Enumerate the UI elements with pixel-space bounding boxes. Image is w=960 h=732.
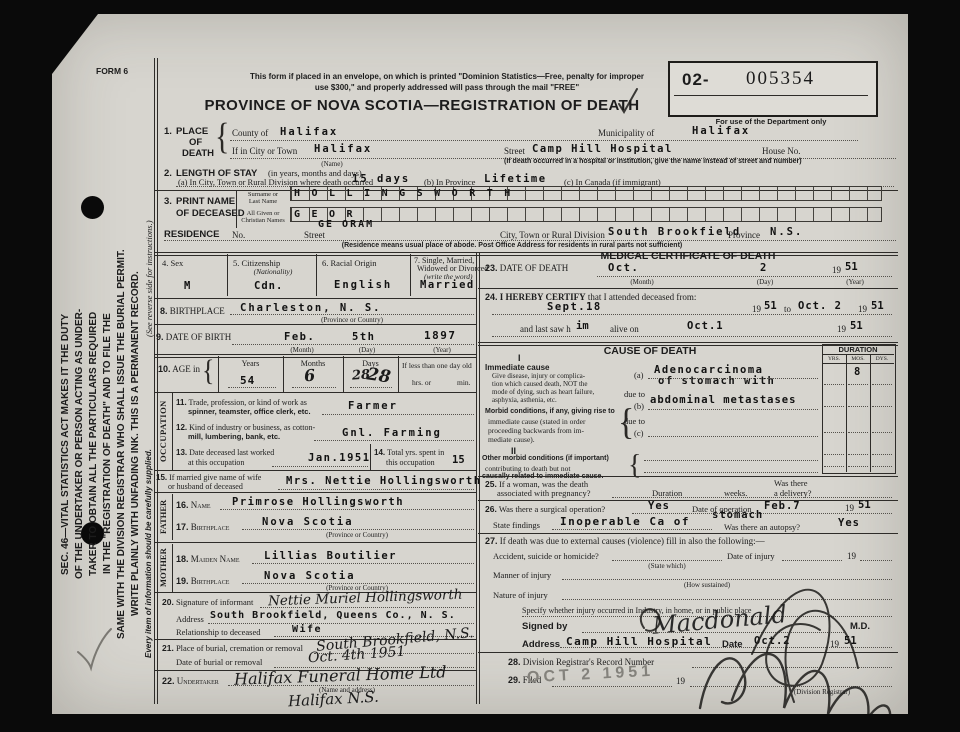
fill-line bbox=[597, 276, 892, 277]
division-registrar-signature bbox=[700, 654, 890, 714]
label-text: DATE OF DEATH bbox=[500, 263, 569, 273]
city-label: If in City or Town bbox=[232, 146, 297, 156]
label-text: Sex bbox=[171, 258, 184, 268]
years-value: 54 bbox=[240, 374, 255, 387]
md-label: M.D. bbox=[850, 621, 870, 632]
rule-line bbox=[227, 254, 228, 296]
total-years-label: this occupation bbox=[386, 458, 435, 467]
undertaker-label: 22. Undertaker bbox=[162, 676, 219, 686]
field-label: DEATH bbox=[182, 148, 214, 159]
fill-line bbox=[164, 240, 896, 241]
fill-line bbox=[252, 563, 474, 564]
label-text: Racial Origin bbox=[331, 258, 377, 268]
fill-line bbox=[230, 314, 474, 315]
fill-line bbox=[492, 314, 892, 315]
margin-notice-line: TAKER TO OBTAIN ALL THE PARTICULARS REQU… bbox=[88, 224, 99, 664]
margin-notice-line: SAME WITH THE DIVISION REGISTRAR WHO SHA… bbox=[116, 174, 127, 714]
label-text: Was there a surgical operation? bbox=[499, 504, 605, 514]
trade-label: 11. Trade, profession, or kind of work a… bbox=[176, 398, 307, 407]
fill-line bbox=[648, 436, 818, 437]
fill-line bbox=[692, 667, 892, 668]
trade-value: Farmer bbox=[348, 400, 398, 412]
cause-a-label: (a) bbox=[634, 370, 643, 380]
fill-line bbox=[872, 432, 892, 433]
undertaker-city-handwritten: Halifax N.S. bbox=[288, 688, 380, 711]
label-text: If death was due to external causes (vio… bbox=[500, 536, 765, 546]
fill-line bbox=[242, 529, 474, 530]
day-note: (Day) bbox=[342, 346, 392, 354]
fill-line bbox=[552, 686, 672, 687]
father-name-value: Primrose Hollingsworth bbox=[232, 496, 404, 508]
rule-line bbox=[846, 354, 847, 472]
item-number: 28. bbox=[508, 657, 521, 667]
rule-line bbox=[154, 58, 158, 704]
label-text: Birthplace bbox=[191, 522, 230, 532]
certificate-paper: SEC. 46—VITAL STATISTICS ACT MAKES IT TH… bbox=[52, 14, 908, 714]
municipality-value: Halifax bbox=[692, 125, 750, 137]
industry-value: Gnl. Farming bbox=[342, 427, 442, 439]
name-note: (Name) bbox=[302, 160, 362, 168]
trade-label: spinner, teamster, office clerk, etc. bbox=[188, 407, 311, 416]
province-value: N.S. bbox=[770, 226, 803, 238]
death-day-value: 2 bbox=[760, 262, 766, 274]
signed-year-value: 51 bbox=[844, 635, 857, 647]
fill-line bbox=[644, 472, 818, 473]
fill-line bbox=[562, 579, 892, 580]
injury-date-label: Date of injury bbox=[727, 551, 775, 561]
fill-line bbox=[562, 599, 892, 600]
fill-line bbox=[648, 378, 818, 379]
last-worked-label: at this occupation bbox=[188, 458, 244, 467]
cause-a-value2: of stomach with bbox=[658, 375, 775, 387]
industry-label: mill, lumbering, bank, etc. bbox=[188, 432, 280, 441]
street-label: Street bbox=[504, 146, 525, 156]
fill-line bbox=[782, 560, 842, 561]
fill-line bbox=[860, 560, 892, 561]
label-text: Maiden Name bbox=[191, 554, 240, 564]
item-number: 24. bbox=[485, 292, 498, 302]
year-prefix: 19 bbox=[847, 551, 856, 561]
relationship-value: Wife bbox=[292, 624, 322, 635]
mother-birthplace-value: Nova Scotia bbox=[264, 570, 356, 582]
see-reverse-note: (See reverse side for instructions.) bbox=[144, 154, 154, 404]
duration-yrs-label: YRS. bbox=[822, 356, 846, 362]
birthplace-note: (Province or Country) bbox=[272, 316, 432, 324]
label-text: Undertaker bbox=[177, 676, 219, 686]
fill-line bbox=[848, 384, 868, 385]
year-prefix: 19 bbox=[676, 676, 685, 686]
immediate-cause-note: mode of dying, such as heart failure, bbox=[492, 388, 594, 396]
item-number: 29. bbox=[508, 675, 521, 685]
county-label: County of bbox=[232, 128, 268, 138]
autopsy-label: Was there an autopsy? bbox=[724, 522, 800, 532]
fill-line bbox=[824, 432, 844, 433]
year-note: (Year) bbox=[417, 346, 467, 354]
division-registrar-note: (Division Registrar) bbox=[752, 688, 892, 696]
item-number: 27. bbox=[485, 536, 498, 546]
rule-line bbox=[172, 544, 173, 592]
burial-date-label: Date of burial or removal bbox=[176, 657, 262, 667]
rule-line bbox=[478, 533, 898, 534]
fill-line bbox=[872, 406, 892, 407]
rule-line bbox=[154, 324, 476, 325]
year-note: (Year) bbox=[830, 278, 880, 286]
spouse-label: 15. If married give name of wife bbox=[156, 473, 261, 482]
alive-on-label: alive on bbox=[610, 324, 639, 334]
field-label: PLACE bbox=[176, 126, 208, 137]
manner-label: Manner of injury bbox=[493, 570, 551, 580]
mother-side-label: MOTHER bbox=[158, 546, 168, 590]
envelope-note: This form if placed in an envelope, on w… bbox=[212, 72, 682, 81]
duration-mos-label: MOS. bbox=[846, 356, 870, 362]
fill-line bbox=[824, 454, 844, 455]
birth-month-value: Feb. bbox=[284, 331, 315, 343]
hospital-note: (If death occurred in a hospital or inst… bbox=[504, 158, 802, 165]
immediate-cause-label: Immediate cause bbox=[485, 363, 549, 372]
label-text: DATE OF BIRTH bbox=[166, 332, 231, 342]
item-number: 21. bbox=[162, 643, 174, 653]
item-number: 17. bbox=[176, 522, 189, 532]
cause-roman-one: I bbox=[518, 353, 521, 363]
field-label: OF DECEASED bbox=[176, 208, 245, 219]
fill-line bbox=[648, 409, 818, 410]
spouse-value: Mrs. Nettie Hollingsworth bbox=[286, 475, 482, 487]
autopsy-value: Yes bbox=[838, 517, 860, 529]
state-which-note: (State which) bbox=[612, 562, 722, 570]
months-value-handwritten: 6 bbox=[303, 365, 316, 385]
rule-line bbox=[478, 288, 898, 289]
industry-label: 12. Kind of industry or business, as cot… bbox=[176, 423, 315, 432]
informant-address-value: South Brookfield, Queens Co., N. S. bbox=[210, 610, 456, 621]
fill-line bbox=[824, 384, 844, 385]
medical-header: MEDICAL CERTIFICATE OF DEATH bbox=[478, 250, 898, 262]
date-of-death-label: 23. DATE OF DEATH bbox=[485, 263, 568, 273]
birthplace-label: 8. BIRTHPLACE bbox=[160, 306, 225, 316]
racial-origin-label: 6. Racial Origin bbox=[322, 258, 377, 268]
fill-line bbox=[848, 454, 868, 455]
father-side-label: FATHER bbox=[158, 496, 168, 538]
fill-line bbox=[644, 460, 818, 461]
rule-line bbox=[154, 492, 476, 493]
delivery-label: Was there bbox=[774, 478, 808, 488]
rule-line bbox=[398, 356, 399, 392]
residence-label: RESIDENCE bbox=[164, 229, 219, 240]
marital-value: Married bbox=[420, 279, 475, 291]
label-text: If married give name of wife bbox=[169, 473, 261, 482]
certify-rest: that I attended deceased from: bbox=[588, 292, 696, 302]
due-to-label: due to bbox=[624, 389, 645, 399]
rule-line bbox=[154, 542, 476, 543]
rule-line bbox=[822, 363, 894, 364]
fill-line bbox=[552, 529, 712, 530]
year-prefix: 19 bbox=[752, 304, 761, 314]
attended-to-value: Oct. 2 bbox=[798, 300, 842, 312]
label-text: Signature of informant bbox=[176, 597, 253, 607]
given-names-label: All Given or bbox=[236, 210, 290, 217]
citizenship-value: Cdn. bbox=[254, 280, 283, 292]
findings-sup-value: stomach bbox=[712, 509, 763, 521]
item-number: 10. bbox=[158, 364, 171, 374]
birth-day-value: 5th bbox=[352, 331, 375, 343]
mother-maiden-value: Lillias Boutilier bbox=[264, 550, 397, 562]
last-saw-date: Oct.1 bbox=[687, 320, 724, 332]
hrs-label: hrs. or bbox=[412, 378, 431, 387]
fill-line bbox=[208, 623, 474, 624]
scanned-death-certificate: { "margin": { "form_no": "FORM 6", "noti… bbox=[0, 0, 960, 732]
fill-line bbox=[848, 432, 868, 433]
item-number: 15. bbox=[156, 473, 167, 482]
other-morbid-note: Other morbid conditions (if important) bbox=[482, 455, 609, 462]
mother-maiden-label: 18. Maiden Name bbox=[176, 554, 240, 564]
pregnancy-label: associated with pregnancy? bbox=[497, 488, 590, 498]
label-text: Birthplace bbox=[191, 576, 230, 586]
margin-notice-line: WRITE PLAINLY WITH UNFADING INK. THIS IS… bbox=[130, 174, 141, 714]
given-letter-boxes bbox=[290, 207, 882, 222]
fill-line bbox=[690, 686, 892, 687]
item-number: 3. bbox=[164, 196, 172, 207]
item-number: 1. bbox=[164, 126, 172, 137]
item-number: 22. bbox=[162, 676, 175, 686]
month-note: (Month) bbox=[612, 278, 672, 286]
stay-b-value: Lifetime bbox=[484, 173, 547, 185]
serial-prefix: 02- bbox=[682, 70, 710, 90]
immediate-cause-note: asphyxia, asthenia, etc. bbox=[492, 396, 557, 404]
morbid-note: Morbid conditions, if any, giving rise t… bbox=[485, 408, 615, 415]
rule-line bbox=[478, 500, 898, 501]
item-number: 2. bbox=[164, 168, 172, 179]
fill-line bbox=[872, 466, 892, 467]
attended-from-year: 51 bbox=[764, 300, 777, 312]
given-name-overflow: GE ORAM bbox=[318, 219, 374, 230]
scan-corner-shadow bbox=[52, 14, 98, 74]
morbid-note: mediate cause). bbox=[488, 435, 535, 444]
burial-place-label: 21. Place of burial, cremation or remova… bbox=[162, 643, 303, 653]
division-value: South Brookfield bbox=[608, 226, 741, 238]
fill-line bbox=[232, 344, 474, 345]
fill-line bbox=[272, 466, 368, 467]
attended-to-year: 51 bbox=[871, 300, 884, 312]
rule-line bbox=[316, 254, 317, 296]
signed-date-label: Date bbox=[722, 639, 743, 650]
item-number: 16. bbox=[176, 500, 189, 510]
label-text: BIRTHPLACE bbox=[170, 306, 225, 316]
fill-line bbox=[228, 387, 276, 388]
margin-notice-line: IN THE "REGISTRATION OF DEATH" AND TO FI… bbox=[102, 224, 113, 664]
fill-line bbox=[278, 489, 474, 490]
brace-glyph: { bbox=[202, 356, 214, 386]
envelope-note: use $300," and properly addressed will p… bbox=[212, 83, 682, 92]
fill-line bbox=[322, 414, 474, 415]
last-saw-year: 51 bbox=[850, 320, 863, 332]
father-birthplace-note: (Province or Country) bbox=[282, 531, 432, 539]
item-number: 26. bbox=[485, 504, 497, 514]
street-value: Camp Hill Hospital bbox=[532, 143, 673, 155]
rule-line bbox=[870, 354, 871, 472]
operation-year-value: 51 bbox=[858, 499, 871, 511]
last-saw-fill: im bbox=[576, 320, 589, 332]
residence-street-label: Street bbox=[304, 230, 325, 240]
delivery-label: a delivery? bbox=[774, 488, 812, 498]
given-names-label: Christian Names bbox=[236, 217, 290, 224]
year-prefix: 19 bbox=[858, 304, 867, 314]
spouse-label: or husband of deceased bbox=[168, 482, 243, 491]
father-birthplace-value: Nova Scotia bbox=[262, 516, 354, 528]
label-text: Place of burial, cremation or removal bbox=[176, 643, 303, 653]
fill-line bbox=[560, 647, 892, 648]
birthdate-label: 9. DATE OF BIRTH bbox=[156, 332, 231, 342]
year-prefix: 19 bbox=[837, 324, 846, 334]
item-number: 19. bbox=[176, 576, 189, 586]
morbid-note: immediate cause (stated in order bbox=[488, 417, 585, 426]
residence-note: (Residence means usual place of abode. P… bbox=[232, 242, 792, 249]
pregnancy-weeks-label: weeks. bbox=[724, 488, 747, 498]
rule-line bbox=[478, 476, 898, 477]
item-number: 18. bbox=[176, 554, 189, 564]
accident-label: Accident, suicide or homicide? bbox=[493, 551, 599, 561]
label-text: AGE in bbox=[172, 364, 200, 374]
fill-line bbox=[350, 387, 392, 388]
stay-a-value: 15 days bbox=[352, 173, 410, 185]
municipality-label: Municipality of bbox=[598, 128, 654, 138]
duration-a-months-value: 8 bbox=[854, 366, 860, 378]
mother-birthplace-label: 19. Birthplace bbox=[176, 576, 229, 586]
fill-line bbox=[824, 466, 844, 467]
item-number: 23. bbox=[485, 263, 498, 273]
nature-label: Nature of injury bbox=[493, 590, 548, 600]
margin-notice-line: SEC. 46—VITAL STATISTICS ACT MAKES IT TH… bbox=[60, 224, 71, 664]
year-prefix: 19 bbox=[832, 265, 841, 275]
page-title: PROVINCE OF NOVA SCOTIA—REGISTRATION OF … bbox=[162, 97, 682, 114]
item-number: 4. bbox=[162, 258, 168, 268]
birth-year-value: 1897 bbox=[424, 329, 457, 342]
fill-line bbox=[582, 632, 844, 633]
fill-line bbox=[824, 406, 844, 407]
birthplace-value: Charleston, N. S. bbox=[240, 302, 381, 314]
physician-address-label: Address bbox=[522, 639, 560, 650]
occupation-side-label: OCCUPATION bbox=[158, 394, 168, 468]
last-worked-label: 13. Date deceased last worked bbox=[176, 448, 274, 457]
last-saw-label: and last saw h bbox=[520, 324, 571, 334]
item-number: 13. bbox=[176, 448, 187, 457]
attended-from-value: Sept.18 bbox=[547, 301, 602, 313]
item-number: 11. bbox=[176, 398, 187, 407]
death-month-value: Oct. bbox=[608, 262, 639, 274]
field-label: PRINT NAME bbox=[176, 196, 235, 207]
surname-label: Surname or bbox=[238, 191, 288, 198]
fill-line bbox=[848, 466, 868, 467]
days-value-overwritten: 28 bbox=[366, 364, 392, 387]
rule-line bbox=[154, 392, 476, 393]
item-number: 8. bbox=[160, 306, 168, 316]
operation-date-value: Feb.7 bbox=[764, 500, 801, 512]
other-morbid-note: contributing to death but not bbox=[485, 464, 570, 473]
findings-value: Inoperable Ca of bbox=[560, 515, 690, 528]
operation-label: 26. Was there a surgical operation? bbox=[485, 504, 605, 514]
rule-line bbox=[154, 298, 476, 299]
fill-line bbox=[292, 387, 336, 388]
racial-origin-value: English bbox=[334, 279, 392, 291]
surname-label: Last Name bbox=[238, 198, 288, 205]
day-note: (Day) bbox=[740, 278, 790, 286]
rule-line bbox=[674, 95, 868, 96]
year-prefix: 19 bbox=[845, 503, 854, 513]
how-sustained-note: (How sustained) bbox=[652, 581, 762, 589]
label-text: Trade, profession, or kind of work as bbox=[189, 398, 307, 407]
fill-line bbox=[260, 607, 474, 608]
immediate-cause-note: tion which caused death, NOT the bbox=[492, 380, 588, 388]
cause-b-value: abdominal metastases bbox=[650, 394, 796, 406]
label-text: Total yrs. spent in bbox=[387, 448, 444, 457]
due-to-label: due to bbox=[624, 416, 645, 426]
rule-line bbox=[172, 494, 173, 540]
item-number: 20. bbox=[162, 597, 174, 607]
item-number: 6. bbox=[322, 258, 328, 268]
fill-line bbox=[872, 384, 892, 385]
margin-notice-line: OF THE UNDERTAKER OR PERSON ACTING AS UN… bbox=[74, 224, 85, 664]
signed-date-value: Oct.2 bbox=[754, 635, 791, 647]
citizenship-note: (Nationality) bbox=[233, 267, 313, 276]
field-label: OF bbox=[189, 137, 202, 148]
item-number: 9. bbox=[156, 332, 164, 342]
fill-line bbox=[848, 406, 868, 407]
signed-by-label: Signed by bbox=[522, 621, 567, 632]
label-text: Name bbox=[191, 500, 211, 510]
rule-line bbox=[410, 254, 411, 296]
fill-line bbox=[230, 140, 858, 141]
fill-line bbox=[220, 509, 474, 510]
years-label: Years bbox=[218, 359, 283, 368]
external-causes-label: 27. If death was due to external causes … bbox=[485, 536, 765, 546]
last-worked-value: Jan.1951 bbox=[308, 452, 371, 464]
less-than-day-label: If less than one day old bbox=[402, 361, 472, 370]
punch-hole-top bbox=[81, 196, 104, 219]
sex-value: M bbox=[184, 280, 190, 292]
findings-label: State findings bbox=[493, 520, 540, 530]
to-label: to bbox=[784, 304, 791, 314]
total-years-value: 15 bbox=[452, 454, 465, 466]
rule-line bbox=[478, 652, 898, 653]
min-label: min. bbox=[457, 378, 471, 387]
fill-line bbox=[612, 560, 722, 561]
death-year-value: 51 bbox=[845, 261, 858, 273]
city-value: Halifax bbox=[314, 143, 372, 155]
immediate-cause-note: Give disease, injury or complica- bbox=[492, 372, 585, 380]
duration-header: DURATION bbox=[822, 345, 894, 354]
cause-b-label: (b) bbox=[634, 401, 644, 411]
item-number: 25. bbox=[485, 479, 497, 489]
fill-line bbox=[872, 454, 892, 455]
rule-line bbox=[822, 354, 894, 355]
form-number: FORM 6 bbox=[96, 66, 128, 76]
county-value: Halifax bbox=[280, 126, 338, 138]
sex-label: 4. Sex bbox=[162, 258, 183, 268]
total-years-label: 14. Total yrs. spent in bbox=[374, 448, 444, 457]
informant-label: 20. Signature of informant bbox=[162, 597, 253, 607]
brace-glyph: { bbox=[215, 118, 229, 156]
surname-value: HOLLINGSWORTH bbox=[294, 188, 522, 199]
item-number: 12. bbox=[176, 423, 187, 432]
fill-line bbox=[314, 440, 474, 441]
operation-value: Yes bbox=[648, 500, 670, 512]
month-note: (Month) bbox=[272, 346, 332, 354]
informant-address-label: Address bbox=[176, 614, 204, 624]
serial-number: 005354 bbox=[746, 68, 815, 90]
father-birthplace-label: 17. Birthplace bbox=[176, 522, 229, 532]
fill-line bbox=[492, 336, 892, 337]
duration-dys-label: DYS. bbox=[870, 356, 894, 362]
house-no-label: House No. bbox=[762, 146, 801, 156]
label-text: Kind of industry or business, as cotton- bbox=[189, 423, 315, 432]
